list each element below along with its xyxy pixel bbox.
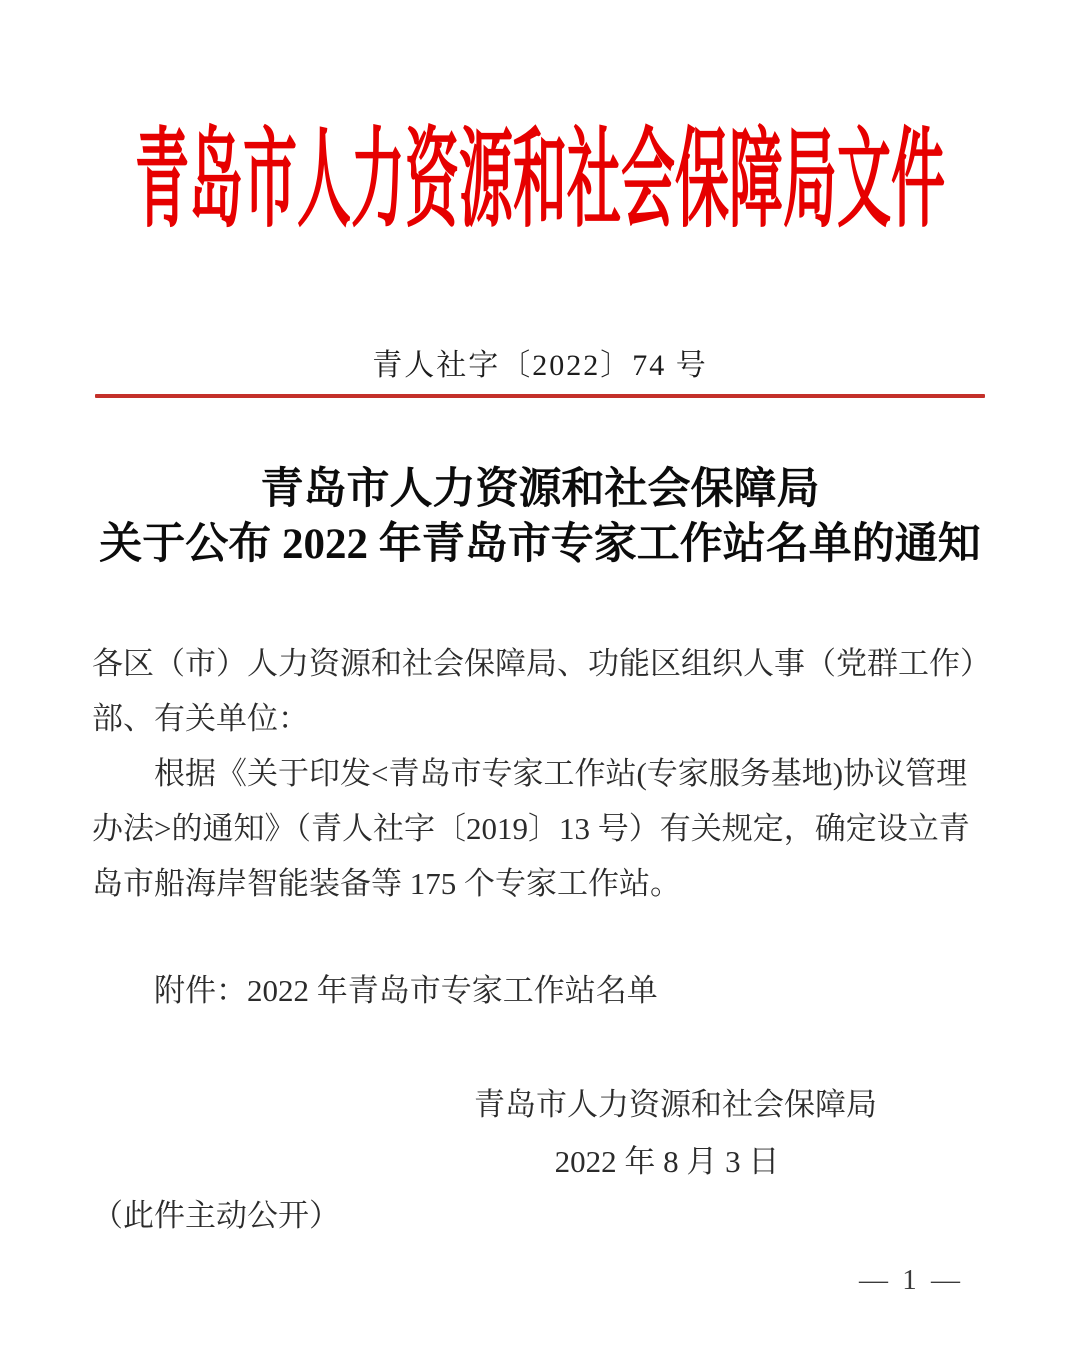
issue-date: 2022 年 8 月 3 日 (474, 1133, 860, 1190)
document-title-line2: 关于公布 2022 年青岛市专家工作站名单的通知 (0, 517, 1080, 572)
attachment-line: 附件：2022 年青岛市专家工作站名单 (92, 963, 990, 1018)
body-paragraph-line1: 根据《关于印发<青岛市专家工作站(专家服务基地)协议管理 (92, 746, 990, 801)
document-reference-number: 青人社字〔2022〕74 号 (0, 340, 1080, 384)
letterhead-title: 青岛市人力资源和社会保障局文件 (135, 94, 945, 248)
red-letterhead: 青岛市人力资源和社会保障局文件 (0, 114, 1080, 228)
addressee-line2: 部、有关单位： (92, 691, 990, 746)
issuing-authority: 青岛市人力资源和社会保障局 (474, 1076, 860, 1133)
signature-block: 青岛市人力资源和社会保障局 2022 年 8 月 3 日 (474, 1076, 860, 1190)
red-divider-line (95, 394, 985, 398)
addressee-line1: 各区（市）人力资源和社会保障局、功能区组织人事（党群工作） (92, 636, 990, 691)
body-paragraph-line3: 岛市船海岸智能装备等 175 个专家工作站。 (92, 856, 990, 911)
disclosure-note: （此件主动公开） (92, 1188, 340, 1243)
official-document-page: 青岛市人力资源和社会保障局文件 青人社字〔2022〕74 号 青岛市人力资源和社… (0, 0, 1080, 1372)
page-number: — 1 — (859, 1264, 960, 1297)
addressee-paragraph: 各区（市）人力资源和社会保障局、功能区组织人事（党群工作） 部、有关单位： (92, 636, 990, 746)
document-title-line1: 青岛市人力资源和社会保障局 (0, 462, 1080, 517)
body-paragraph-line2: 办法>的通知》（青人社字〔2019〕13 号）有关规定，确定设立青 (92, 801, 990, 856)
document-title: 青岛市人力资源和社会保障局 关于公布 2022 年青岛市专家工作站名单的通知 (0, 462, 1080, 572)
body-paragraph: 根据《关于印发<青岛市专家工作站(专家服务基地)协议管理 办法>的通知》（青人社… (92, 746, 990, 911)
